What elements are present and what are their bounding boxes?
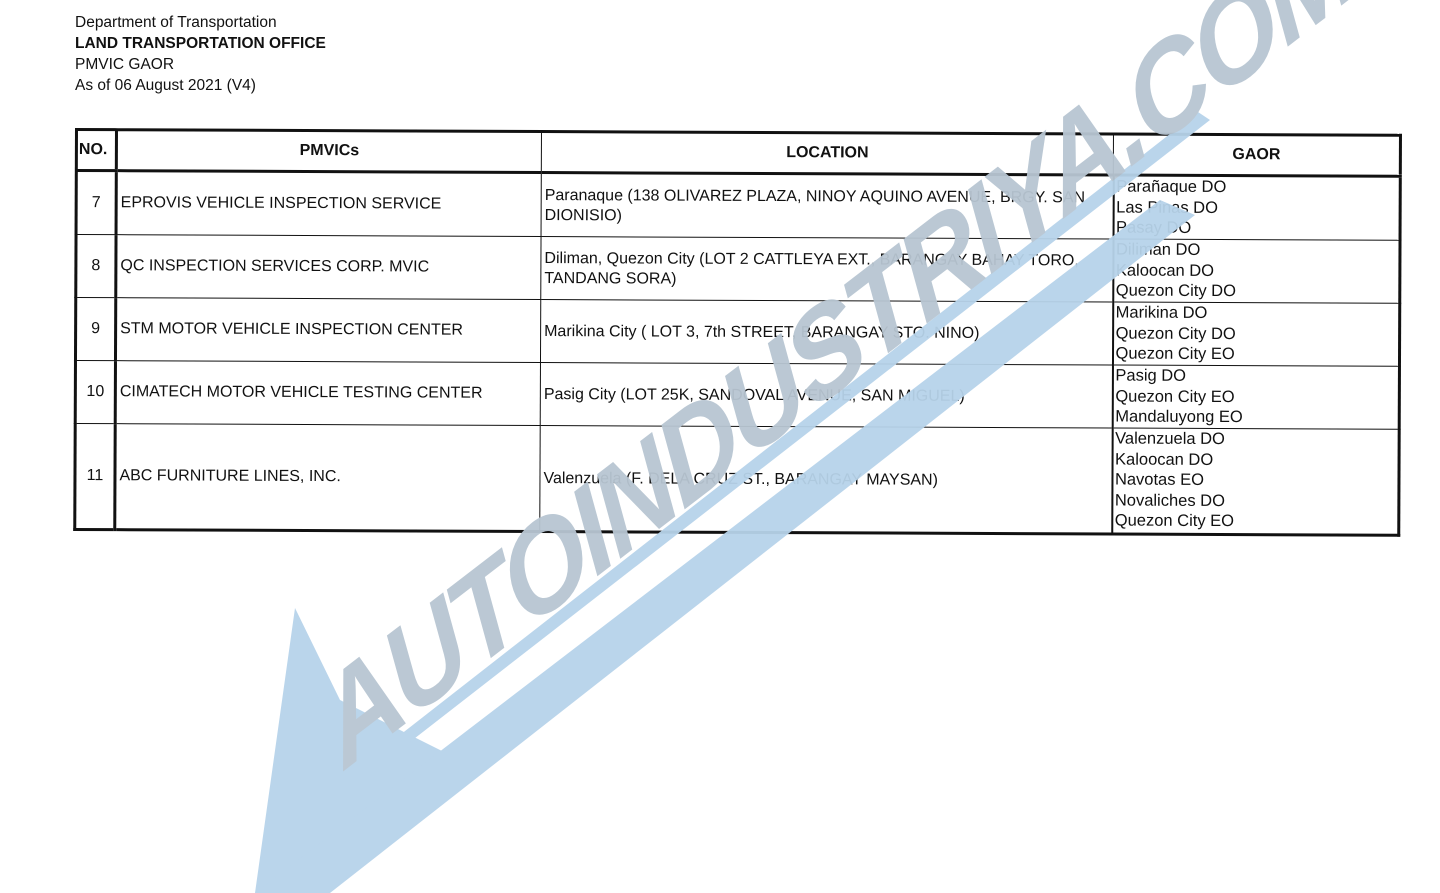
- department-name: Department of Transportation: [75, 12, 326, 33]
- gaor-item: Pasig DO: [1115, 366, 1396, 388]
- pmvic-location: Valenzuela (F. DELA CRUZ ST., BARANGAY M…: [540, 426, 1112, 534]
- row-number: 8: [76, 235, 116, 298]
- pmvic-name: EPROVIS VEHICLE INSPECTION SERVICE: [116, 171, 541, 237]
- column-header-no: NO.: [76, 130, 116, 171]
- gaor-item: Navotas EO: [1115, 470, 1396, 492]
- gaor-item: Quezon City EO: [1115, 511, 1396, 533]
- table-row: 11 ABC FURNITURE LINES, INC. Valenzuela …: [75, 424, 1399, 536]
- gaor-list: Marikina DO Quezon City DO Quezon City E…: [1112, 302, 1399, 366]
- table-row: 9 STM MOTOR VEHICLE INSPECTION CENTER Ma…: [75, 298, 1399, 367]
- gaor-item: Quezon City EO: [1115, 386, 1396, 408]
- pmvic-location: Pasig City (LOT 25K, SANDOVAL AVENUE, SA…: [540, 363, 1112, 428]
- column-header-pmvics: PMVICs: [116, 130, 541, 173]
- gaor-item: Quezon City DO: [1116, 323, 1397, 345]
- column-header-gaor: GAOR: [1113, 134, 1400, 176]
- watermark-triangle-icon: [255, 608, 460, 893]
- gaor-item: Mandaluyong EO: [1115, 407, 1396, 429]
- row-number: 11: [75, 424, 115, 530]
- table-row: 7 EPROVIS VEHICLE INSPECTION SERVICE Par…: [76, 171, 1400, 241]
- gaor-item: Diliman DO: [1116, 240, 1397, 262]
- row-number: 7: [76, 171, 116, 235]
- table-row: 8 QC INSPECTION SERVICES CORP. MVIC Dili…: [76, 235, 1400, 304]
- pmvic-name: QC INSPECTION SERVICES CORP. MVIC: [116, 235, 541, 300]
- pmvic-name: CIMATECH MOTOR VEHICLE TESTING CENTER: [115, 361, 540, 426]
- gaor-item: Pasay DO: [1116, 218, 1397, 240]
- pmvic-location: Marikina City ( LOT 3, 7th STREET, BARAN…: [540, 300, 1112, 365]
- as-of-date: As of 06 August 2021 (V4): [75, 75, 326, 96]
- row-number: 9: [75, 298, 115, 361]
- table-header-row: NO. PMVICs LOCATION GAOR: [76, 130, 1400, 177]
- pmvic-location: Paranaque (138 OLIVAREZ PLAZA, NINOY AQU…: [541, 173, 1113, 239]
- pmvic-table-container: NO. PMVICs LOCATION GAOR 7 EPROVIS VEHIC…: [73, 128, 1399, 537]
- gaor-item: Novaliches DO: [1115, 490, 1396, 512]
- document-header: Department of Transportation LAND TRANSP…: [75, 12, 326, 96]
- gaor-list: Pasig DO Quezon City EO Mandaluyong EO: [1112, 365, 1399, 429]
- gaor-list: Diliman DO Kaloocan DO Quezon City DO: [1113, 239, 1400, 303]
- office-name: LAND TRANSPORTATION OFFICE: [75, 33, 326, 54]
- pmvic-location: Diliman, Quezon City (LOT 2 CATTLEYA EXT…: [541, 237, 1113, 302]
- gaor-item: Quezon City EO: [1115, 344, 1396, 366]
- gaor-item: Quezon City DO: [1116, 281, 1397, 303]
- gaor-item: Kaloocan DO: [1115, 449, 1396, 471]
- pmvic-name: STM MOTOR VEHICLE INSPECTION CENTER: [115, 298, 540, 363]
- gaor-item: Kaloocan DO: [1116, 260, 1397, 282]
- gaor-item: Valenzuela DO: [1115, 429, 1396, 451]
- gaor-list: Parañaque DO Las Pinas DO Pasay DO: [1113, 175, 1400, 240]
- document-subject: PMVIC GAOR: [75, 54, 326, 75]
- column-header-location: LOCATION: [541, 132, 1113, 175]
- table-row: 10 CIMATECH MOTOR VEHICLE TESTING CENTER…: [75, 361, 1399, 430]
- gaor-list: Valenzuela DO Kaloocan DO Navotas EO Nov…: [1112, 428, 1399, 535]
- pmvic-name: ABC FURNITURE LINES, INC.: [115, 424, 540, 532]
- row-number: 10: [75, 361, 115, 424]
- pmvic-table: NO. PMVICs LOCATION GAOR 7 EPROVIS VEHIC…: [73, 128, 1402, 537]
- gaor-item: Parañaque DO: [1116, 177, 1397, 199]
- gaor-item: Marikina DO: [1116, 303, 1397, 325]
- gaor-item: Las Pinas DO: [1116, 197, 1397, 219]
